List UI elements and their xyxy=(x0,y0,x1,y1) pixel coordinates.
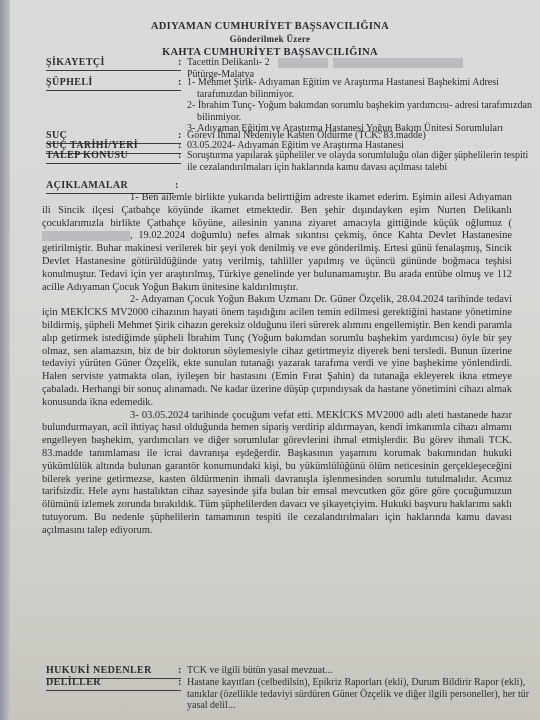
legal-reasons-value: TCK ve ilgili bütün yasal mevzuat... xyxy=(187,665,532,677)
colon: : xyxy=(175,180,178,192)
redaction-block xyxy=(42,231,130,241)
forwarding-note: Gönderilmek Üzere xyxy=(0,33,540,46)
redaction-block xyxy=(333,58,463,68)
suspect-item: 1- Mehmet Şirik- Adıyaman Eğitim ve Araş… xyxy=(187,77,537,100)
document-header: ADIYAMAN CUMHURİYET BAŞSAVCILIĞINA Gönde… xyxy=(0,20,540,59)
request-value: Soruşturma yapılarak şüpheliler ve olayd… xyxy=(187,150,532,173)
suspects-list: 1- Mehmet Şirik- Adıyaman Eğitim ve Araş… xyxy=(187,77,537,135)
suspect-item: 2- İbrahim Tunç- Yoğum bakımdan sorumlu … xyxy=(187,100,537,123)
paragraph-1: 1- Ben ailemle birlikte yukarıda belirtt… xyxy=(42,192,512,294)
complainant-name: Tacettin Delikanlı- 2 xyxy=(187,57,270,68)
addressee-primary: ADIYAMAN CUMHURİYET BAŞSAVCILIĞINA xyxy=(0,20,540,33)
evidence-label: DELİLLER xyxy=(46,677,181,691)
request-label: TALEP KONUSU xyxy=(46,150,181,164)
explanations-body: 1- Ben ailemle birlikte yukarıda belirtt… xyxy=(42,192,512,538)
complainant-label: ŞİKAYETÇİ xyxy=(46,57,181,71)
colon: : xyxy=(178,77,181,89)
paragraph-3: 3- 03.05.2024 tarihinde çocuğum vefat et… xyxy=(42,410,512,538)
colon: : xyxy=(178,57,181,69)
paragraph-2: 2- Adıyaman Çocuk Yoğun Bakım Uzmanı Dr.… xyxy=(42,294,512,409)
colon: : xyxy=(178,150,181,162)
evidence-value: Hastane kayıtları (celbedilsin), Epikriz… xyxy=(187,677,532,712)
suspects-label: ŞÜPHELİ xyxy=(46,77,181,91)
redaction-block xyxy=(278,58,328,68)
colon: : xyxy=(178,677,181,689)
colon: : xyxy=(178,665,181,677)
